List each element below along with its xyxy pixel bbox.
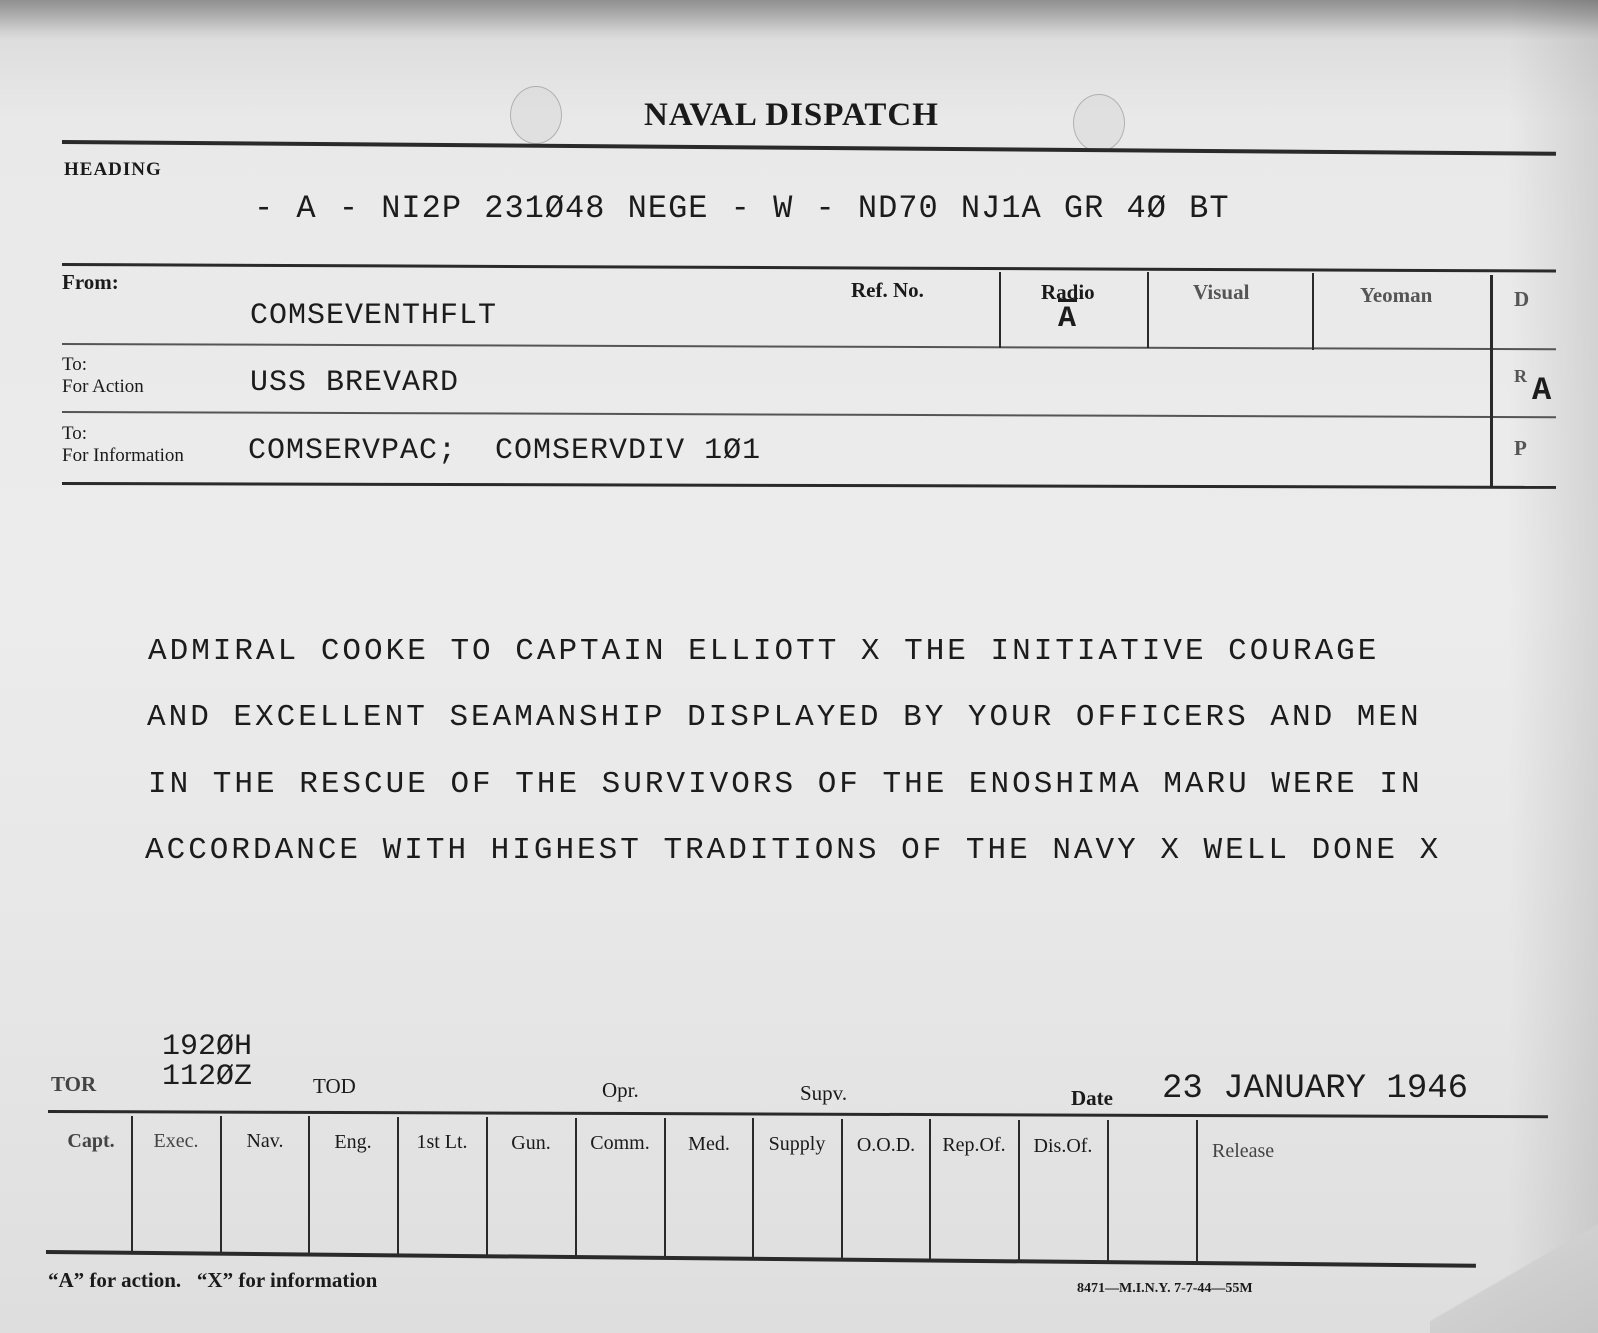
scan-shadow-top: [0, 0, 1598, 40]
form-code: 8471—M.I.N.Y. 7-7-44—55M: [1077, 1281, 1253, 1297]
from-label: From:: [62, 270, 119, 295]
header-rule-bottom: [62, 482, 1556, 489]
tod-label: TOD: [313, 1074, 356, 1099]
header-rule-2: [62, 343, 1556, 350]
opr-label: Opr.: [602, 1078, 639, 1103]
supv-label: Supv.: [800, 1081, 847, 1106]
routing-col-nav: Nav.: [222, 1130, 308, 1153]
side-letter-r: R: [1514, 366, 1527, 387]
routing-col-rep-of: Rep.Of.: [931, 1134, 1017, 1157]
message-line-2: AND EXCELLENT SEAMANSHIP DISPLAYED BY YO…: [147, 700, 1422, 735]
from-value: COMSEVENTHFLT: [250, 299, 497, 333]
routing-col-dis-of: Dis.Of.: [1020, 1135, 1106, 1158]
routing-col-ood: O.O.D.: [843, 1134, 929, 1157]
routing-col-1st-lt: 1st Lt.: [399, 1131, 485, 1154]
routing-col-exec: Exec.: [133, 1130, 219, 1153]
folded-corner: [1430, 1210, 1598, 1333]
routing-col-gun: Gun.: [488, 1132, 574, 1155]
divider-visual-yeoman: [1312, 273, 1314, 350]
message-line-3: IN THE RESCUE OF THE SURVIVORS OF THE EN…: [148, 767, 1423, 802]
yeoman-label: Yeoman: [1360, 283, 1432, 308]
dispatch-form: NAVAL DISPATCH HEADING - A - NI2P 231Ø48…: [0, 0, 1598, 1333]
form-title: NAVAL DISPATCH: [644, 97, 939, 134]
divider-radio-visual: [1147, 272, 1149, 348]
scan-shadow-right: [1508, 0, 1598, 1333]
routing-col-supply: Supply: [754, 1133, 840, 1156]
to-info-label-1: To:: [62, 423, 87, 444]
to-action-label-2: For Action: [62, 376, 144, 397]
punch-hole-right: [1073, 94, 1125, 152]
divider-ref-radio: [999, 272, 1001, 348]
side-letter-p: P: [1514, 436, 1527, 461]
legend-text: “A” for action. “X” for information: [48, 1268, 377, 1293]
title-rule: [62, 140, 1556, 156]
heading-label: HEADING: [64, 159, 162, 180]
to-info-label-2: For Information: [62, 445, 184, 466]
tor-zulu-time: 112ØZ: [162, 1060, 252, 1094]
routing-rule-bottom: [46, 1250, 1476, 1268]
tor-label: TOR: [51, 1072, 96, 1097]
date-value: 23 JANUARY 1946: [1162, 1070, 1468, 1108]
header-rule-top: [62, 263, 1556, 273]
message-line-1: ADMIRAL COOKE TO CAPTAIN ELLIOTT X THE I…: [148, 634, 1379, 669]
routing-col-med: Med.: [666, 1133, 752, 1156]
routing-divider: [1107, 1120, 1109, 1262]
radio-mark: A: [1058, 302, 1077, 336]
message-line-4: ACCORDANCE WITH HIGHEST TRADITIONS OF TH…: [145, 833, 1441, 868]
side-mark-a: A: [1532, 372, 1552, 409]
routing-col-eng: Eng.: [310, 1131, 396, 1154]
routing-rule-top: [48, 1110, 1548, 1118]
visual-label: Visual: [1193, 280, 1249, 305]
tor-local-time: 192ØH: [162, 1030, 252, 1064]
routing-col-release: Release: [1212, 1140, 1274, 1163]
divider-side-column: [1490, 275, 1493, 487]
header-rule-3: [62, 411, 1556, 418]
routing-col-capt: Capt.: [52, 1130, 130, 1153]
to-action-value: USS BREVARD: [250, 366, 459, 400]
date-label: Date: [1071, 1086, 1113, 1111]
routing-col-comm: Comm.: [577, 1132, 663, 1155]
punch-hole-left: [510, 86, 562, 144]
side-letter-d: D: [1514, 287, 1529, 312]
to-action-label-1: To:: [62, 354, 87, 375]
routing-divider: [1196, 1120, 1198, 1263]
to-info-value: COMSERVPAC; COMSERVDIV 1Ø1: [248, 434, 761, 468]
ref-no-label: Ref. No.: [851, 278, 924, 303]
heading-value: - A - NI2P 231Ø48 NEGE - W - ND70 NJ1A G…: [254, 190, 1230, 227]
